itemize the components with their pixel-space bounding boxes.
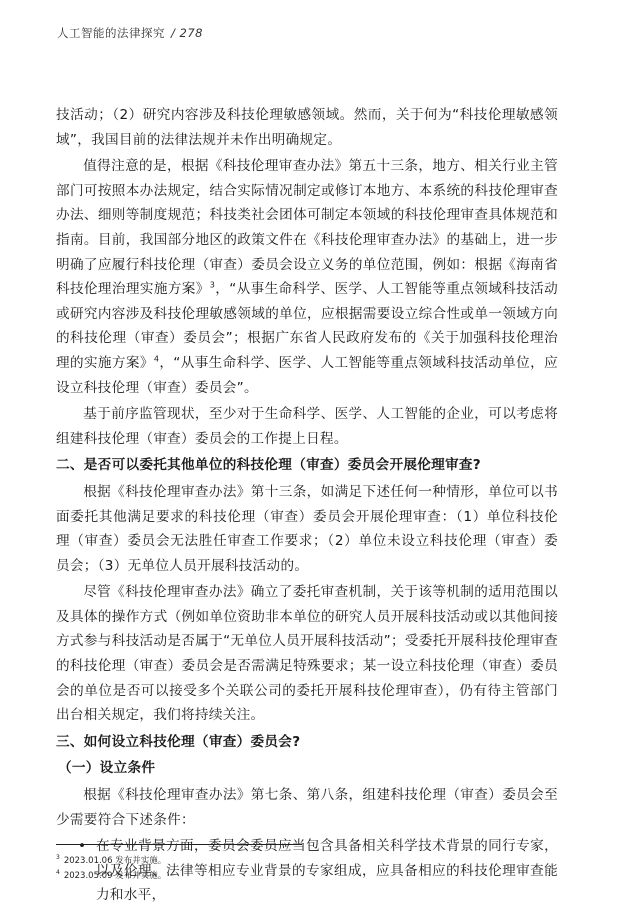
section-heading-2: 二、是否可以委托其他单位的科技伦理（审查）委员会开展伦理审查? [56, 453, 558, 478]
footnote-text: 2023.01.06 发布并实施。 [64, 856, 166, 866]
subsection-heading-conditions: （一）设立条件 [56, 756, 558, 781]
paragraph-recommendation: 基于前序监管现状，至少对于生命科学、医学、人工智能的企业，可以考虑将组建科技伦理… [56, 402, 558, 451]
footnote-4: 42023.05.09 发布并实施。 [56, 867, 166, 882]
running-header: 人工智能的法律探究/ 278 [57, 25, 203, 41]
paragraph-conditions-intro: 根据《科技伦理审查办法》第七条、第八条，组建科技伦理（审查）委员会至少需要符合下… [56, 783, 558, 832]
paragraph-local-regulations: 值得注意的是，根据《科技伦理审查办法》第五十三条，地方、相关行业主管部门可按照本… [56, 154, 558, 400]
footnote-3: 32023.01.06 发布并实施。 [56, 852, 166, 867]
paragraph-continuation: 技活动；（2）研究内容涉及科技伦理敏感领域。然而，关于何为“科技伦理敏感领域”，… [56, 103, 558, 152]
page-body: 技活动；（2）研究内容涉及科技伦理敏感领域。然而，关于何为“科技伦理敏感领域”，… [56, 103, 558, 907]
footnote-number: 3 [56, 854, 60, 861]
paragraph-entrust-mechanism: 尽管《科技伦理审查办法》确立了委托审查机制，关于该等机制的适用范围以及具体的操作… [56, 580, 558, 728]
book-title: 人工智能的法律探究 [57, 26, 165, 40]
footnote-number: 4 [56, 869, 60, 876]
footnote-divider [56, 844, 302, 845]
footnotes: 32023.01.06 发布并实施。 42023.05.09 发布并实施。 [56, 852, 166, 883]
section-heading-3: 三、如何设立科技伦理（审查）委员会? [56, 730, 558, 755]
page-number: / 278 [171, 26, 203, 40]
footnote-text: 2023.05.09 发布并实施。 [64, 871, 166, 881]
paragraph-text: 值得注意的是，根据《科技伦理审查办法》第五十三条，地方、相关行业主管部门可按照本… [56, 158, 558, 297]
paragraph-entrust-conditions: 根据《科技伦理审查办法》第十三条，如满足下述任何一种情形，单位可以书面委托其他满… [56, 480, 558, 578]
